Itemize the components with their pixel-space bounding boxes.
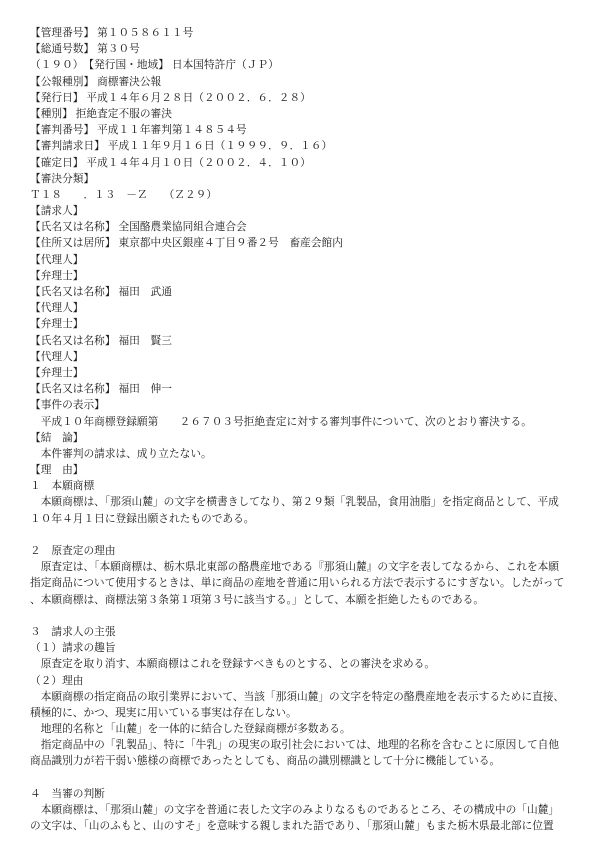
field-agent-name-2: 【氏名又は名称】 福田 賢三	[30, 333, 574, 349]
section1-heading: １ 本願商標	[30, 478, 574, 494]
section2-line3: 、本願商標は、商標法第３条第１項第３号に該当する。」として、本願を拒絶したもので…	[30, 592, 574, 608]
field-agent-label-3: 【代理人】	[30, 349, 574, 365]
field-appeal-number: 【審判番号】 平成１１年審判第１４８５４号	[30, 122, 574, 138]
conclusion-text: 本件審判の請求は、成り立たない。	[30, 446, 574, 462]
reason-label: 【理 由】	[30, 462, 574, 478]
section2-line2: 指定商品について使用するときは、単に商品の産地を普通に用いられる方法で表示するに…	[30, 575, 574, 591]
section4-line2: の文字は、「山のふもと、山のすそ」を意味する親しまれた語であり、「那須山麓」もま…	[30, 818, 574, 834]
field-decision-class-code: Ｔ１８ ．１３ －Ｚ （Ｚ２９）	[30, 187, 574, 203]
section3-sub2-line1: 本願商標の指定商品の取引業界において、当該「那須山麓」の文字を特定の酪農産地を表…	[30, 689, 574, 705]
field-patent-attorney-label-2: 【弁理士】	[30, 316, 574, 332]
section3-sub1-text: 原査定を取り消す、本願商標はこれを登録すべきものとする、との審決を求める。	[30, 656, 574, 672]
section4-line1: 本願商標は、「那須山麓」の文字を普通に表した文字のみよりなるものであるところ、そ…	[30, 802, 574, 818]
field-final-date: 【確定日】 平成１４年４月１０日（２００２．４．１０）	[30, 155, 574, 171]
blank-line	[30, 527, 574, 543]
section2-line1: 原査定は、「本願商標は、栃木県北東部の酪農産地である『那須山麓』の文字を表してな…	[30, 559, 574, 575]
section4-heading: ４ 当審の判断	[30, 786, 574, 802]
section3-sub2-line4: 指定商品中の「乳製品」、特に「牛乳」の現実の取引社会においては、地理的名称を含む…	[30, 737, 574, 753]
blank-line	[30, 608, 574, 624]
field-patent-attorney-label-3: 【弁理士】	[30, 365, 574, 381]
field-agent-name-3: 【氏名又は名称】 福田 伸一	[30, 381, 574, 397]
field-total-issue-number: 【総通号数】 第３０号	[30, 41, 574, 57]
section3-sub2-line3: 地理的名称と「山麓」を一体的に結合した登録商標が多数ある。	[30, 721, 574, 737]
section3-sub2-line5: 商品識別力が若干弱い態様の商標であったとしても、商品の識別標識として十分に機能し…	[30, 753, 574, 769]
section3-sub1-heading: （１）請求の趣旨	[30, 640, 574, 656]
field-agent-label-1: 【代理人】	[30, 252, 574, 268]
conclusion-label: 【結 論】	[30, 430, 574, 446]
section3-sub2-heading: （２）理由	[30, 673, 574, 689]
section1-line1: 本願商標は、「那須山麓」の文字を横書きしてなり、第２９類「乳製品，食用油脂」を指…	[30, 494, 574, 510]
field-decision-class-label: 【審決分類】	[30, 171, 574, 187]
field-publication-country: （１９０） 【発行国・地域】 日本国特許庁（ＪＰ）	[30, 57, 574, 73]
field-agent-label-2: 【代理人】	[30, 300, 574, 316]
field-demandant-address: 【住所又は居所】 東京都中央区銀座４丁目９番２号 畜産会館内	[30, 235, 574, 251]
field-agent-name-1: 【氏名又は名称】 福田 武通	[30, 284, 574, 300]
field-demandant-name: 【氏名又は名称】 全国酪農業協同組合連合会	[30, 219, 574, 235]
section2-heading: ２ 原査定の理由	[30, 543, 574, 559]
field-demandant-label: 【請求人】	[30, 203, 574, 219]
field-appeal-request-date: 【審判請求日】 平成１１年９月１６日（１９９９．９．１６）	[30, 138, 574, 154]
field-decision-kind: 【種別】 拒絶査定不服の審決	[30, 106, 574, 122]
field-control-number: 【管理番号】 第１０５８６１１号	[30, 25, 574, 41]
blank-line	[30, 770, 574, 786]
field-issue-date: 【発行日】 平成１４年６月２８日（２００２．６．２８）	[30, 90, 574, 106]
section3-sub2-line2: 積極的に、かつ、現実に用いている事実は存在しない。	[30, 705, 574, 721]
gazette-body: 【管理番号】 第１０５８６１１号【総通号数】 第３０号（１９０） 【発行国・地域…	[30, 25, 574, 834]
field-gazette-type: 【公報種別】 商標審決公報	[30, 74, 574, 90]
section1-line2: １０年４月１日に登録出願されたものである。	[30, 511, 574, 527]
field-patent-attorney-label-1: 【弁理士】	[30, 268, 574, 284]
section3-heading: ３ 請求人の主張	[30, 624, 574, 640]
case-indication-text: 平成１０年商標登録願第 ２６７０３号拒絶査定に対する審判事件について、次のとおり…	[30, 414, 574, 430]
trademark-decision-gazette-page: 【管理番号】 第１０５８６１１号【総通号数】 第３０号（１９０） 【発行国・地域…	[0, 0, 592, 854]
field-case-indication-label: 【事件の表示】	[30, 397, 574, 413]
